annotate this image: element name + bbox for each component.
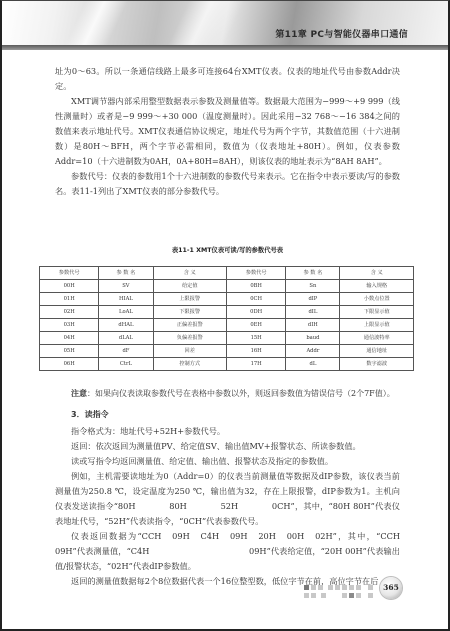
chapter-header-band: 第11章 PC与智能仪器串口通信 [2,1,448,45]
table-cell: LoAL [99,306,153,319]
note-text: ：如果向仪表读取参数代号在表格中参数以外，则返回参数值为错误信号（2个7F值）。 [87,389,395,398]
table-cell: dIP [286,293,340,306]
paragraph-address-range: 址为0～63。所以一条通信线路上最多可连接64台XMT仪表。仪表的地址代号由参数… [55,64,400,94]
table-cell: 04H [40,332,99,345]
table-cell: Addr [286,345,340,358]
table-cell: baud [286,332,340,345]
table-cell: 小数点位置 [340,293,414,306]
chapter-title: 第11章 PC与智能仪器串口通信 [275,27,408,40]
table-cell: 通信地址 [340,345,414,358]
table-cell: 02H [40,306,99,319]
table-cell: 数字滤波 [340,358,414,371]
table-cell: 01H [40,293,99,306]
table-cell: dL [286,358,340,371]
table-caption: 表11-1 XMT仪表可读/写的参数代号表 [55,243,400,258]
col-header: 含 义 [153,267,226,280]
col-header: 参数代号 [40,267,99,280]
table-header-row: 参数代号 参 数 名 含 义 参数代号 参 数 名 含 义 [40,267,414,280]
table-cell: 下限报警 [153,306,226,319]
table-cell: 下限显示值 [340,306,414,319]
col-header: 参 数 名 [99,267,153,280]
table-row: 04H dLAL 负偏差报警 15H baud 通信波特率 [40,332,414,345]
table-cell: dIH [286,319,340,332]
table-cell: dF [99,345,153,358]
return-line: 返回：依次返回为测量值PV、给定值SV、输出值MV+报警状态、所读参数值。 [55,439,400,454]
paragraph-data-format: XMT调节器内部采用整型数据表示参数及测量值等。数据最大范围为−999～+9 9… [55,94,400,169]
table-cell: 16H [226,345,285,358]
table-cell: SV [99,280,153,293]
table-cell: dLAL [99,332,153,345]
footer-decoration [304,585,376,601]
example-paragraph: 例如，主机需要读地址为0（Addr=0）的仪表当前测量值等数据及dIP参数，该仪… [55,469,400,529]
table-cell: 05H [40,345,99,358]
table-cell: 回差 [153,345,226,358]
col-header: 参数代号 [226,267,285,280]
table-cell: 0CH [226,293,285,306]
header-rule [2,45,448,50]
return-data-paragraph: 仪表返回数据为“CCH 09H C4H 09H 20H 00H 02H”，其中，… [55,529,400,574]
section-heading-read-command: 3．读指令 [55,406,400,424]
table-cell: 上限报警 [153,293,226,306]
page-content: 址为0～63。所以一条通信线路上最多可连接64台XMT仪表。仪表的地址代号由参数… [55,64,400,589]
table-cell: 0BH [226,280,285,293]
table-cell: 0EH [226,319,285,332]
table-cell: 17H [226,358,285,371]
parameter-code-table: 参数代号 参 数 名 含 义 参数代号 参 数 名 含 义 00H SV 给定值… [39,266,414,371]
table-cell: 通信波特率 [340,332,414,345]
table-cell: 负偏差报警 [153,332,226,345]
read-write-line: 读或写指令均返回测量值、给定值、输出值、报警状态及指定的参数值。 [55,454,400,469]
table-cell: dIL [286,306,340,319]
table-cell: 00H [40,280,99,293]
table-cell: 输入规格 [340,280,414,293]
table-row: 05H dF 回差 16H Addr 通信地址 [40,345,414,358]
table-cell: 上限显示值 [340,319,414,332]
book-page: 第11章 PC与智能仪器串口通信 址为0～63。所以一条通信线路上最多可连接64… [0,0,450,631]
note-paragraph: 注意：如果向仪表读取参数代号在表格中参数以外，则返回参数值为错误信号（2个7F值… [55,385,400,402]
table-cell: 0DH [226,306,285,319]
table-cell: 03H [40,319,99,332]
table-cell: Sn [286,280,340,293]
col-header: 参 数 名 [286,267,340,280]
table-cell: 正偏差报警 [153,319,226,332]
table-row: 01H HIAL 上限报警 0CH dIP 小数点位置 [40,293,414,306]
table-row: 06H CtrL 控制方式 17H dL 数字滤波 [40,358,414,371]
table-cell: 06H [40,358,99,371]
table-cell: HIAL [99,293,153,306]
table-row: 03H dHAL 正偏差报警 0EH dIH 上限显示值 [40,319,414,332]
table-cell: 15H [226,332,285,345]
table-cell: 给定值 [153,280,226,293]
table-cell: 控制方式 [153,358,226,371]
table-cell: dHAL [99,319,153,332]
page-number: 365 [380,577,402,599]
table-row: 02H LoAL 下限报警 0DH dIL 下限显示值 [40,306,414,319]
col-header: 含 义 [340,267,414,280]
paragraph-param-code: 参数代号：仪表的参数用1个十六进制数的参数代号来表示。它在指令中表示要读/写的参… [55,169,400,199]
table-cell: CtrL [99,358,153,371]
table-row: 00H SV 给定值 0BH Sn 输入规格 [40,280,414,293]
command-format-line: 指令格式为：地址代号+52H+参数代号。 [55,424,400,439]
note-label: 注意 [71,389,87,398]
